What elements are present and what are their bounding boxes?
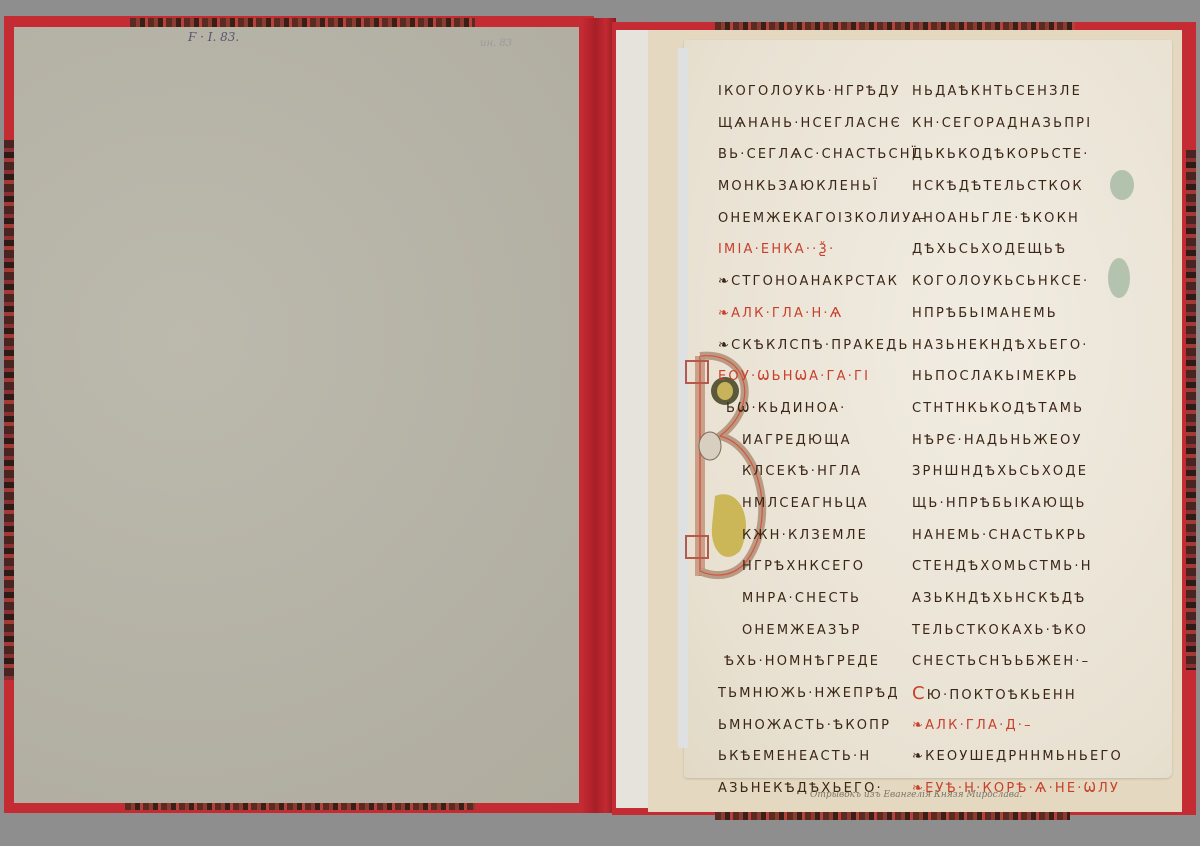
- mount-caption: Отрывокъ изъ Евангелія Князя Мирослава.: [810, 790, 1022, 800]
- text-line: ЬКѢЕМЕНЕАСТЬ·Н: [718, 741, 928, 773]
- spine: [582, 18, 616, 813]
- text-line: ❧ЕУѢ·Н·КОРѢ·Ѧ·НЕ·ѠЛУ: [912, 773, 1123, 805]
- text-line: АЗЬНЕКѢДѢХЬЕГО·: [718, 773, 928, 805]
- text-line: ІМІА·ЕНКА··Ѯ·: [718, 234, 928, 266]
- text-line: ЩЬ·НПРѢБЬІКАЮЩЬ: [912, 488, 1123, 520]
- text-line: ОНЕМЖЕАЗЪР: [718, 615, 928, 647]
- shelfmark-note: Ϝ · I. 83.: [188, 30, 239, 44]
- text-line: СНЕСТЬСНЪЬБЖЕН·–: [912, 646, 1123, 678]
- text-line: ДѢХЬСЬХОДЕЩЬѢ: [912, 234, 1123, 266]
- text-line: ѢХЬ·НОМНѢГРЕДЕ: [718, 646, 928, 678]
- text-line: СТНТНКЬКОДѢТАМЬ: [912, 393, 1123, 425]
- text-line: СЮ·ПОКТОѢКЬЕНН: [912, 678, 1123, 710]
- inventory-note: ин. 83: [480, 38, 512, 49]
- text-line: ИАГРЕДЮЩА: [718, 425, 928, 457]
- text-line: ТЬМНЮЖЬ·НЖЕПРѢД: [718, 678, 928, 710]
- text-line: ❧СКѢКЛСПѢ·ПРАКЕДЬ: [718, 330, 928, 362]
- text-line: ТЕЛЬСТКОКАХЬ·ѢКО: [912, 615, 1123, 647]
- text-line: МОНКЬЗАЮКЛЕНЬЇ: [718, 171, 928, 203]
- text-line: НМЛСЕАГНЬЦА: [718, 488, 928, 520]
- marbled-edge-side-right: [1186, 150, 1196, 670]
- text-line: ДЬКЬКОДѢКОРЬСТЕ·: [912, 139, 1123, 171]
- text-line: СТЕНДѢХОМЬСТМЬ·Н: [912, 551, 1123, 583]
- text-line: КЖН·КЛЗЕМЛЕ: [718, 520, 928, 552]
- text-column-left: ІКОГОЛОУКЬ·НГРѢДУЩѦНАНЬ·НСЕГЛАСНЄВЬ·СЕГЛ…: [718, 76, 928, 805]
- text-line: НЬПОСЛАКЬІМЕКРЬ: [912, 361, 1123, 393]
- text-line: НГРѢХНКСЕГО: [718, 551, 928, 583]
- text-line: КЛСЕКѢ·НГЛА: [718, 456, 928, 488]
- text-line: ВЬ·СЕГЛѦС·СНАСТЬСНЇ: [718, 139, 928, 171]
- text-line: АЗЬКНДѢХЬНСКѢДѢ: [912, 583, 1123, 615]
- text-column-right: НЬДАѢКНТЬСЕНЗЛЕКН·СЕГОРАДНАЗЬПРІДЬКЬКОДѢ…: [912, 76, 1123, 805]
- text-line: ЬМНОЖАСТЬ·ѢКОПР: [718, 710, 928, 742]
- text-line: ЗРНШНДѢХЬСЬХОДЕ: [912, 456, 1123, 488]
- text-line: НѢРЄ·НАДЬНЬЖЕОУ: [912, 425, 1123, 457]
- text-line: ЩѦНАНЬ·НСЕГЛАСНЄ: [718, 108, 928, 140]
- text-line: ІКОГОЛОУКЬ·НГРѢДУ: [718, 76, 928, 108]
- text-line: НАЗЬНЕКНДѢХЬЕГО·: [912, 330, 1123, 362]
- text-line: НСКѢДѢТЕЛЬСТКОК: [912, 171, 1123, 203]
- marbled-edge-bottom-right: [715, 812, 1070, 820]
- text-line: ❧АЛК·ГЛА·Н·Ѧ: [718, 298, 928, 330]
- text-line: АНОАНЬГЛЕ·ѢКОКН: [912, 203, 1123, 235]
- text-line: ЕОУ·ѠЬНѠА·ГА·ГІ: [718, 361, 928, 393]
- text-line: КН·СЕГОРАДНАЗЬПРІ: [912, 108, 1123, 140]
- text-line: ❧СТГОНОАНАКРСТАК: [718, 266, 928, 298]
- text-line: МНРА·СНЕСТЬ: [718, 583, 928, 615]
- text-line: НЬДАѢКНТЬСЕНЗЛЕ: [912, 76, 1123, 108]
- text-line: ОНЕМЖЕКАГОІЗКОЛИУ:–: [718, 203, 928, 235]
- left-pastedown-page: [14, 27, 579, 803]
- marbled-edge-side-left: [4, 140, 14, 680]
- text-line: ❧АЛК·ГЛА·Д·–: [912, 710, 1123, 742]
- text-line: ❧КЕОУШЕДРННМЬНЬЕГО: [912, 741, 1123, 773]
- text-line: НАНЕМЬ·СНАСТЬКРЬ: [912, 520, 1123, 552]
- text-line: КОГОЛОУКЬСЬНКСЕ·: [912, 266, 1123, 298]
- text-line: НПРѢБЬІМАНЕМЬ: [912, 298, 1123, 330]
- text-line: ЬѠ·КЬДИНОА·: [718, 393, 928, 425]
- hinge-strip: [616, 30, 649, 808]
